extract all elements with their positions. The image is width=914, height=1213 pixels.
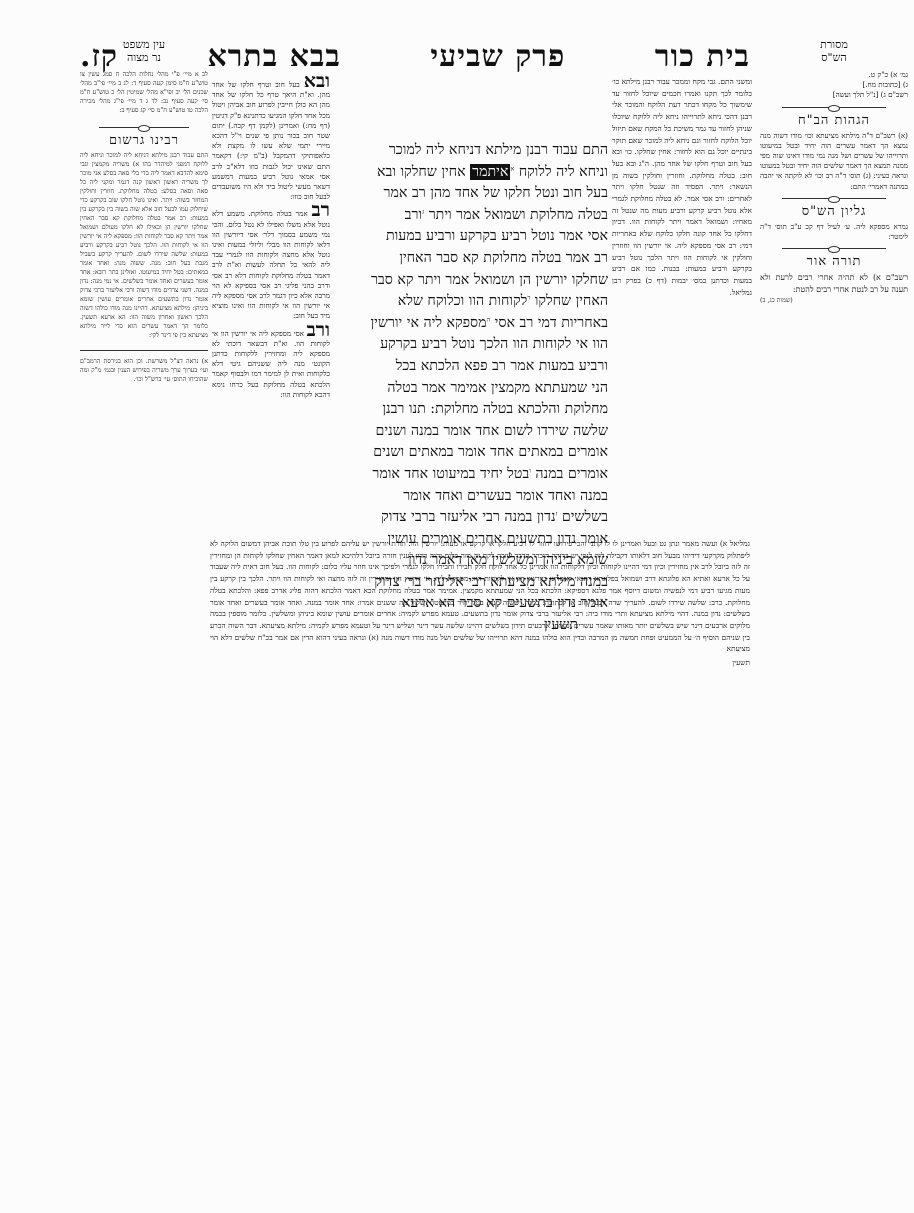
gemara-segment: באחריות דמי רב אסי [495, 315, 608, 331]
gemara-segment: נדון במנה רבי אליעזר ברבי צדוק [381, 509, 555, 525]
tosafot-dibbur-verav: ורב [307, 319, 330, 341]
gemara-line: אומרים במנה ובטל יחיד במיעוטו אחד אומר [340, 464, 608, 486]
tosafot-dibbur-rav: רב [311, 199, 330, 221]
hagahot-habach-text: (א) רשב"ם ד"ה מילתא מציעתא וכו׳ מודו דשו… [760, 131, 908, 192]
masoret-notes: גמ׳ א) כ"ק ט. ג) [כתובות מח.] רשב"ם ג) [… [760, 70, 908, 101]
tosafot-column: ובא בעל חוב וטרף חלקו של אחד מהן. וא"ת ה… [212, 76, 330, 536]
tosafot-text: אמר בטלה מחלוקת. משמע דלא נוטל אלא משלו … [212, 209, 330, 320]
reference-marker: ו [529, 467, 531, 474]
ornament-divider [782, 198, 886, 199]
gilyon-hashas-title: גליון הש"ס [760, 203, 908, 219]
gemara-line: התם עבוד רבנן מילתא דניחא ליה למוכר [340, 140, 608, 162]
masoret-note: רשב"ם ג) [נ"ל תלך ועשה] [760, 90, 908, 100]
gemara-segment: מספקא ליה אי יורשין [371, 315, 487, 331]
gemara-segment: וניחא ליה ללוקח [519, 164, 608, 180]
gemara-segment: בטלה מחלוקת ושמואל אמר ויתר [429, 207, 608, 223]
ein-mishpat-title-line-2: נר מצוה [80, 51, 208, 64]
gemara-segment: אחין שחלקו ובא [377, 164, 466, 180]
gemara-line: באחריות דמי רב אסי המספקא ליה אי יורשין [340, 313, 608, 335]
gemara-segment: בטל יחיד במיעוטו אחד אומר [372, 466, 529, 482]
gemara-segment: לקוחות הוו וכלוקח שלא [398, 293, 528, 309]
ein-mishpat-title-line-1: עין משפט [80, 38, 208, 51]
reference-marker: א [510, 165, 514, 172]
rashbam-bottom: גמליאל א) ועשה מאמר ונתן גט ובעל ואמרינן… [210, 538, 750, 669]
ornament-divider [782, 107, 886, 108]
gemara-line: שחלקו יורשין הן ושמואל אמר ויתר קא סבר [340, 270, 608, 292]
chapter-number: פרק שביעי [430, 39, 565, 74]
masoret-title-line-2: הש"ס [760, 51, 908, 64]
right-margin: מסורת הש"ס גמ׳ א) כ"ק ט. ג) [כתובות מח.]… [760, 38, 908, 305]
highlighted-word: איתמר [470, 164, 510, 180]
tractate-name: בבא בתרא [207, 39, 340, 74]
rashbam-bottom-text: גמליאל א) ועשה מאמר ונתן גט ובעל ואמרינן… [210, 538, 750, 655]
talmud-page: בית כור פרק שביעי בבא בתרא קז. מסורת הש"… [0, 0, 914, 1213]
gemara-line: בשלשים זנדון במנה רבי אליעזר ברבי צדוק [340, 507, 608, 529]
gemara-line: מחלוקת והלכתא בטלה מחלוקת: תנו רבנן [340, 399, 608, 421]
gemara-line: האחין שחלקו דלקוחות הוו וכלוקח שלא [340, 291, 608, 313]
torah-or-source: (שמות כג, ב) [760, 296, 908, 305]
chapter-name: בית כור [655, 39, 750, 74]
rashbam-catchword: תשעין [210, 657, 750, 669]
masoret-title-line-1: מסורת [760, 38, 908, 51]
gemara-line: אסי אמר נוטל רביע בקרקע ורביע במעות [340, 226, 608, 248]
gemara-line: במנה ואחד אומר בעשרים ואחד אומר [340, 486, 608, 508]
tosafot-paragraph-3: ורב אסי מספקא ליה אי יורשין הוו אי לקוחו… [212, 325, 330, 400]
gemara-segment: ורב [405, 207, 422, 223]
rabbeinu-gershom-title: רבינו גרשום [80, 132, 208, 148]
gemara-segment: בשלשים [562, 509, 608, 525]
gemara-line: בטלה מחלוקת ושמואל אמר ויתר גורב [340, 205, 608, 227]
torah-or-text: רשב"ם א) לא תהיה אחרי רבים לרעת ולא תענה… [760, 272, 908, 296]
rabbeinu-gershom-text: התם עבוד רבנן מילתא דניחא ליה למוכר וניח… [80, 151, 208, 340]
torah-or-title: תורה אור [760, 253, 908, 269]
reference-marker: ד [527, 294, 530, 301]
rashbam-side-column: ומשני התם. גבי מקח וממכר עבוד רבנן מילתא… [612, 76, 752, 538]
gemara-line: וניחא ליה ללוקח אאיתמר אחין שחלקו ובא [340, 162, 608, 184]
reference-marker: ה [487, 316, 491, 323]
tosafot-text: בעל חוב וטרף חלקו של אחד מהן. וא"ת היאך … [212, 80, 330, 201]
gemara-line: שלשה שירדו לשום אחד אומר במנה ושנים [340, 421, 608, 443]
gemara-line: רב אמר בטלה מחלוקת קא סבר האחין [340, 248, 608, 270]
gemara-segment: אומרים במנה [535, 466, 608, 482]
reference-marker: ז [556, 510, 558, 517]
ein-mishpat-text: לב א מיי׳ פ"י מהל׳ נחלות הלכה ח סמג עשין… [80, 70, 208, 115]
masoret-note: ג) [כתובות מח.] [760, 80, 908, 90]
left-margin: עין משפט נר מצוה לב א מיי׳ פ"י מהל׳ נחלו… [80, 38, 208, 1038]
tosafot-paragraph-2: רב אמר בטלה מחלוקת. משמע דלא נוטל אלא מש… [212, 205, 330, 321]
reference-marker: ג [422, 208, 424, 215]
tosafot-paragraph-1: ובא בעל חוב וטרף חלקו של אחד מהן. וא"ת ה… [212, 76, 330, 202]
gershom-footnote: א) נראה דצ"ל משרשת. וכן הוא בגירסת הרמב"… [80, 357, 208, 384]
gilyon-hashas-text: גמרא מספקא ליה. ע׳ לעיל דף קכ ע"ב תוס׳ ד… [760, 222, 908, 242]
masoret-title: מסורת הש"ס [760, 38, 908, 64]
tosafot-text: אסי מספקא ליה אי יורשין הוו אי לקוחות הו… [212, 329, 330, 399]
gemara-line: אומרים במאתים אחד אומר במאתים ושנים [340, 442, 608, 464]
hagahot-habach-title: הגהות הב"ח [760, 112, 908, 128]
gemara-line: הני שמעתתא מקמצין אמימר אמר בטלה [340, 378, 608, 400]
gemara-segment: האחין שחלקו [535, 293, 608, 309]
masoret-note: גמ׳ א) כ"ק ט. [760, 70, 908, 80]
gemara-line: בעל חוב ונטל חלקו של אחד מהן רב אמר [340, 183, 608, 205]
ornament-divider [99, 127, 189, 128]
ein-mishpat-title: עין משפט נר מצוה [80, 38, 208, 64]
ornament-divider [782, 248, 886, 249]
gemara-line: ורביע במעות אמר רב פפא הלכתא בכל [340, 356, 608, 378]
gemara-line: הוו אי לקוחות הוו הלכך נוטל רביע בקרקע [340, 334, 608, 356]
footnote-divider [80, 350, 208, 351]
